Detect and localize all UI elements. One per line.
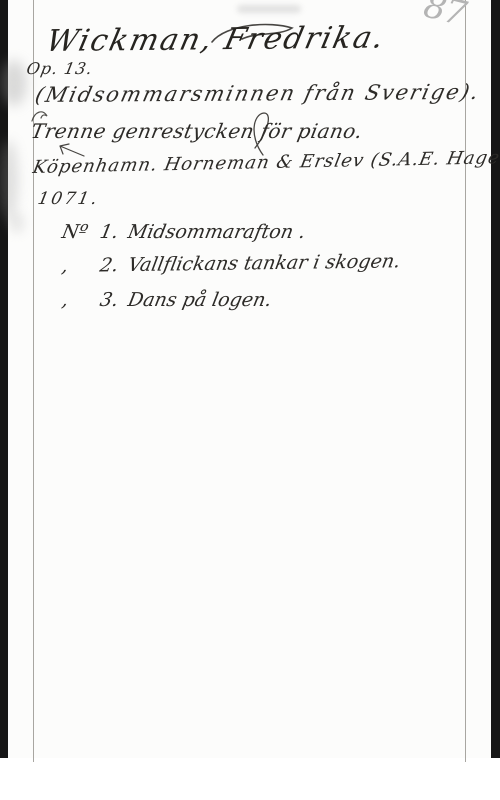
contents-row: ‚3.Dans på logen.	[60, 289, 274, 311]
scanner-band-right	[491, 0, 500, 758]
opus-number: Op. 13.	[25, 59, 95, 78]
margin-rule-left	[33, 0, 34, 762]
plate-number: 1071.	[36, 189, 101, 209]
contents-item-marker: Nº	[60, 221, 102, 243]
margin-rule-right	[465, 0, 466, 762]
entry-heading: Wickman, Fredrika.	[43, 20, 389, 59]
contents-item-title: Dans på logen.	[126, 289, 274, 311]
contents-item-title: Midsommarafton .	[126, 221, 307, 243]
contents-item-marker: ‚	[60, 289, 102, 311]
scanner-band-left	[0, 0, 8, 758]
contents-row: Nº1.Midsommarafton .	[60, 221, 307, 243]
contents-item-title: Vallflickans tankar i skogen.	[126, 250, 402, 276]
contents-item-number: 3.	[98, 289, 130, 311]
contents-item-marker: ‚	[60, 254, 102, 277]
scanned-catalog-card: 87 Wickman, Fredrika. Op. 13. (Midsommar…	[0, 0, 500, 800]
contents-item-number: 1.	[98, 221, 130, 243]
work-medium: Trenne genrestycken för piano.	[29, 119, 365, 143]
contents-item-number: 2.	[98, 254, 130, 276]
card-surface	[8, 0, 492, 758]
work-title: (Midsommarsminnen från Sverige).	[33, 80, 483, 107]
